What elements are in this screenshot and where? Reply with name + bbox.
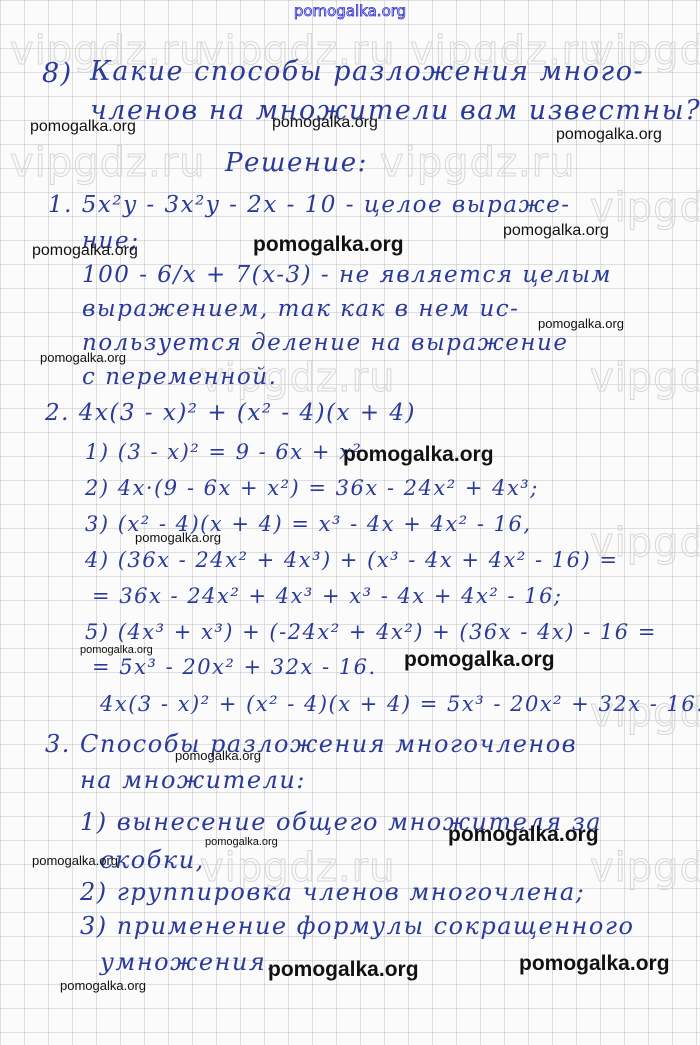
part2-step-2: 2) 4x·(9 - 6x + x²) = 36x - 24x² + 4x³; bbox=[85, 476, 539, 500]
watermark: pomogalka.org bbox=[519, 952, 670, 976]
part1-line-4: выражением, так как в нем ис- bbox=[82, 296, 519, 322]
watermark: pomogalka.org bbox=[30, 118, 136, 136]
part3-line-1: 3. Способы разложения многочленов bbox=[45, 730, 577, 758]
background-watermark: vipgdz bbox=[590, 355, 700, 401]
watermark: pomogalka.org bbox=[205, 836, 278, 848]
part1-line-6: с переменной. bbox=[82, 364, 277, 390]
part3-item-3b: умножения. bbox=[100, 948, 275, 976]
background-watermark: vipgdz bbox=[590, 845, 700, 891]
part1-line-1: 1. 5x²y - 3x²y - 2x - 10 - целое выраже- bbox=[48, 192, 571, 218]
background-watermark: vipgdz.ru bbox=[380, 140, 575, 186]
part3-item-3a: 3) применение формулы сокращенного bbox=[80, 912, 634, 940]
watermark: pomogalka.org bbox=[503, 222, 609, 240]
part3-line-2: на множители: bbox=[80, 766, 306, 794]
question-number: 8) bbox=[42, 58, 73, 89]
part2-expression: 2. 4x(3 - x)² + (x² - 4)(x + 4) bbox=[45, 400, 416, 426]
watermark: pomogalka.org bbox=[32, 853, 118, 868]
solution-heading: Решение: bbox=[225, 148, 368, 178]
watermark: pomogalka.org bbox=[538, 316, 624, 331]
part2-result: 4x(3 - x)² + (x² - 4)(x + 4) = 5x³ - 20x… bbox=[100, 692, 700, 716]
header-watermark: pomogalka.org bbox=[0, 2, 700, 20]
watermark: pomogalka.org bbox=[32, 242, 138, 260]
question-line-2: членов на множители вам известны? bbox=[90, 95, 700, 126]
watermark: pomogalka.org bbox=[556, 126, 662, 144]
watermark: pomogalka.org bbox=[448, 823, 599, 847]
part2-step-5b: = 5x³ - 20x² + 32x - 16. bbox=[92, 655, 377, 679]
watermark: pomogalka.org bbox=[272, 114, 378, 132]
watermark: pomogalka.org bbox=[404, 648, 555, 672]
part2-step-5a: 5) (4x³ + x³) + (-24x² + 4x²) + (36x - 4… bbox=[85, 620, 657, 644]
watermark: pomogalka.org bbox=[60, 978, 146, 993]
background-watermark: vipgdz.ru bbox=[10, 140, 205, 186]
watermark: pomogalka.org bbox=[343, 443, 494, 467]
watermark: pomogalka.org bbox=[135, 530, 221, 545]
watermark: pomogalka.org bbox=[175, 748, 261, 763]
part1-line-5: пользуется деление на выражение bbox=[82, 330, 568, 356]
part1-line-3: 100 - 6/x + 7(x-3) - не является целым bbox=[82, 262, 612, 288]
part2-step-1: 1) (3 - x)² = 9 - 6x + x² bbox=[85, 440, 362, 464]
watermark: pomogalka.org bbox=[253, 233, 404, 257]
watermark: pomogalka.org bbox=[40, 350, 126, 365]
part3-item-2: 2) группировка членов многочлена; bbox=[80, 878, 585, 906]
watermark: pomogalka.org bbox=[268, 958, 419, 982]
part2-step-4b: = 36x - 24x² + 4x³ + x³ - 4x + 4x² - 16; bbox=[92, 584, 563, 608]
watermark: pomogalka.org bbox=[80, 644, 153, 656]
part2-step-4a: 4) (36x - 24x² + 4x³) + (x³ - 4x + 4x² -… bbox=[85, 548, 618, 572]
question-line-1: Какие способы разложения много- bbox=[90, 56, 644, 87]
